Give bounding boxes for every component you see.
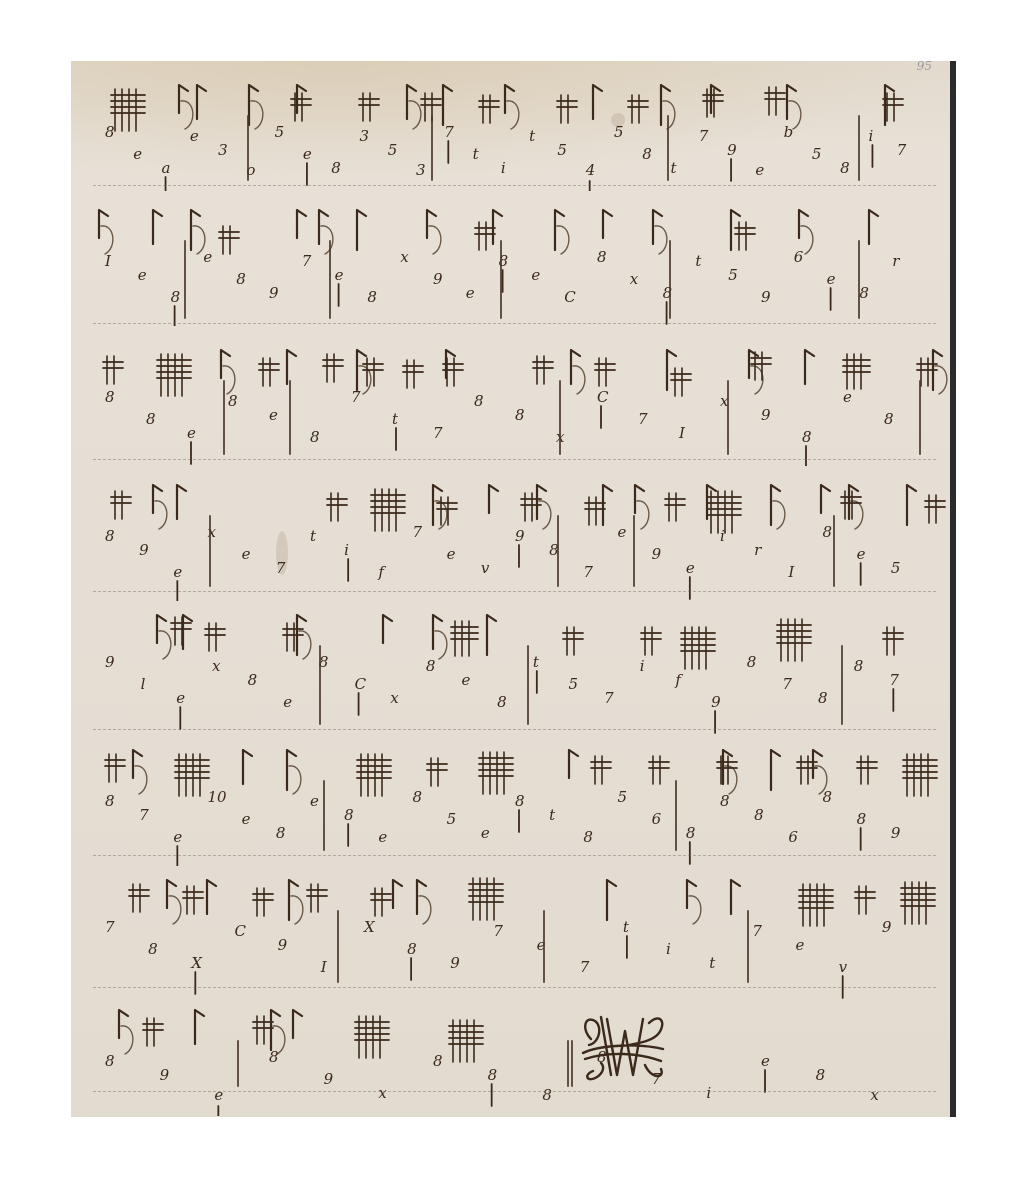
rhythm-flag-icon [153, 210, 162, 244]
tab-letter: 9 [160, 1066, 170, 1084]
tab-letter: x [400, 248, 409, 266]
tab-letter: e [796, 936, 805, 954]
tablature-system-8: 89e89x88887ie8x [71, 996, 950, 1116]
tab-letter: 9 [652, 545, 662, 563]
tab-letter: 3 [218, 141, 228, 159]
tab-letter: t [310, 527, 317, 545]
barline [247, 115, 249, 181]
tab-letter: 5 [388, 141, 398, 159]
tab-letter: t [695, 252, 702, 270]
tab-letter: 9 [891, 824, 901, 842]
tab-letter: t [671, 159, 678, 177]
tab-letter: e [190, 127, 199, 145]
tab-letter: I [104, 252, 112, 270]
rhythm-flag-icon [869, 210, 878, 244]
rhythm-flag-icon [489, 485, 498, 513]
tab-letter: t [473, 145, 480, 163]
tab-letter: 8 [754, 806, 764, 824]
tab-letter: 10 [208, 788, 228, 806]
barline [543, 910, 545, 983]
tab-letter: t [533, 653, 540, 671]
system-rule-line [93, 855, 936, 856]
tab-letter: 8 [426, 657, 436, 675]
tab-letter: 9 [761, 406, 771, 424]
tab-letter: e [531, 266, 540, 284]
rhythm-flag-icon [505, 85, 514, 113]
barline [319, 645, 321, 725]
rhythm-flag-icon [153, 485, 162, 513]
tablature-glyphs: 78XC9IX897e7tit7ev9 [71, 866, 950, 1001]
tab-letter: 5 [568, 675, 578, 693]
rhythm-flag-icon [687, 880, 696, 908]
tab-letter: 8 [228, 392, 238, 410]
rhythm-flag-icon [907, 485, 916, 525]
tablature-system-1: 8eae3o5e83537tit5458t79eb58i7 [71, 71, 950, 191]
rhythm-flag-icon [569, 750, 578, 778]
barline [323, 780, 325, 851]
tablature-system-3: 88e8e87t788xC7Ix98e8 [71, 336, 950, 466]
tab-letter: 8 [823, 788, 833, 806]
tab-letter: C [564, 288, 576, 306]
system-rule-line [93, 323, 936, 324]
tab-letter: i [666, 940, 671, 958]
system-rule-line [93, 987, 936, 988]
tab-letter: 6 [788, 828, 798, 846]
tab-letter: e [481, 824, 490, 842]
system-rule-line [93, 591, 936, 592]
rhythm-flag-icon [711, 85, 720, 113]
rhythm-flag-icon [731, 880, 740, 914]
tab-letter: t [392, 410, 399, 428]
tab-letter: i [706, 1084, 711, 1102]
tab-letter: e [462, 671, 471, 689]
tab-letter: t [529, 127, 536, 145]
tab-letter: e [173, 563, 182, 581]
tab-letter: e [269, 406, 278, 424]
barline [559, 380, 561, 455]
tab-letter: 5 [557, 141, 567, 159]
tab-letter: 5 [618, 788, 628, 806]
rhythm-flag-icon [271, 1010, 280, 1050]
rhythm-flag-icon [167, 880, 176, 908]
rhythm-flag-icon [771, 485, 780, 525]
barline [237, 1040, 239, 1087]
tab-letter: 8 [433, 1052, 443, 1070]
manuscript-page: 95 8eae3o5e83537tit5458t79eb58i7Ie8e897e… [71, 61, 950, 1117]
tab-letter: i [501, 159, 506, 177]
barline [329, 240, 331, 319]
rhythm-flag-icon [635, 485, 644, 513]
rhythm-flag-icon [191, 210, 200, 250]
tab-letter: 8 [542, 1086, 552, 1104]
rhythm-flag-icon [603, 210, 612, 238]
barline [567, 1040, 569, 1087]
tab-letter: b [784, 123, 794, 141]
tab-letter: 3 [359, 127, 369, 145]
tab-letter: 7 [889, 671, 899, 689]
tab-letter: 9 [324, 1070, 334, 1088]
tab-letter: e [335, 266, 344, 284]
barline [337, 910, 339, 983]
barline [833, 515, 835, 587]
tab-letter: 8 [367, 288, 377, 306]
tab-letter: 9 [515, 527, 525, 545]
rhythm-flag-icon [799, 210, 808, 238]
rhythm-flag-icon [195, 1010, 204, 1044]
rhythm-flag-icon [289, 880, 298, 920]
tab-letter: x [212, 657, 221, 675]
rhythm-flag-icon [821, 485, 830, 513]
tab-letter: 8 [269, 1048, 279, 1066]
tab-letter: 8 [802, 428, 812, 446]
tab-letter: 7 [493, 922, 503, 940]
tab-letter: 9 [761, 288, 771, 306]
rhythm-flag-icon [249, 85, 258, 125]
barline [557, 515, 559, 587]
tab-letter: e [466, 284, 475, 302]
tab-letter: 9 [105, 653, 115, 671]
rhythm-flag-icon [221, 350, 230, 378]
tab-letter: 8 [823, 523, 833, 541]
barline [919, 380, 921, 455]
tab-letter: e [187, 424, 196, 442]
barline [289, 380, 291, 455]
rhythm-flag-icon [287, 350, 296, 384]
tab-letter: 8 [105, 388, 115, 406]
tab-letter: e [203, 248, 212, 266]
tab-letter: e [310, 792, 319, 810]
tab-letter: 8 [884, 410, 894, 428]
tab-letter: l [141, 675, 146, 693]
tablature-glyphs: 89exe7tif7ev987e9eirI8e5 [71, 471, 950, 601]
page-binding-edge [950, 61, 956, 1117]
tab-letter: i [640, 657, 645, 675]
tab-letter: 7 [433, 424, 443, 442]
tab-letter: 7 [604, 689, 614, 707]
tab-letter: f [674, 671, 683, 689]
barline [858, 240, 860, 319]
tab-letter: i [720, 527, 725, 545]
rhythm-flag-icon [607, 880, 616, 920]
tab-letter: 8 [413, 788, 423, 806]
tablature-system-4: 89exe7tif7ev987e9eirI8e5 [71, 471, 950, 601]
tab-letter: e [242, 810, 251, 828]
tab-letter: v [839, 958, 848, 976]
tab-letter: 7 [276, 559, 286, 577]
tab-letter: e [283, 693, 292, 711]
tablature-system-5: 9lex8e8Cx8e8t57if987887 [71, 601, 950, 736]
barline [223, 380, 225, 455]
tab-letter: 4 [585, 161, 596, 179]
tab-letter: 7 [699, 127, 709, 145]
tab-letter: 8 [840, 159, 850, 177]
barline [527, 645, 529, 725]
tab-letter: 5 [614, 123, 624, 141]
tab-letter: C [234, 922, 246, 940]
rhythm-flag-icon [805, 350, 814, 384]
rhythm-flag-icon [555, 210, 564, 250]
tab-letter: e [242, 545, 251, 563]
barline [669, 240, 671, 319]
rhythm-flag-icon [197, 85, 206, 119]
tab-letter: I [678, 424, 686, 442]
barline [667, 115, 669, 181]
tab-letter: i [344, 541, 349, 559]
tab-letter: e [173, 828, 182, 846]
system-rule-line [93, 729, 936, 730]
tab-letter: 6 [794, 248, 804, 266]
tab-letter: 7 [583, 563, 593, 581]
rhythm-flag-icon [427, 210, 436, 238]
tab-letter: 8 [854, 657, 864, 675]
tab-letter: 8 [474, 392, 484, 410]
rhythm-flag-icon [603, 485, 612, 525]
barline [209, 515, 211, 587]
tab-letter: x [390, 689, 399, 707]
tab-letter: 8 [310, 428, 320, 446]
tab-letter: e [857, 545, 866, 563]
tablature-glyphs: 9lex8e8Cx8e8t57if987887 [71, 601, 950, 736]
tab-letter: 9 [711, 693, 721, 711]
rhythm-flag-icon [287, 750, 296, 790]
tablature-system-2: Ie8e897e8x9e8eC8x8t596e8r [71, 196, 950, 326]
tab-letter: 5 [728, 266, 738, 284]
tab-letter: 8 [859, 284, 869, 302]
tab-letter: 5 [812, 145, 822, 163]
tab-letter: e [378, 828, 387, 846]
rhythm-flag-icon [357, 210, 366, 250]
tab-letter: 8 [248, 671, 258, 689]
tab-letter: 8 [105, 1052, 115, 1070]
tablature-glyphs: 8eae3o5e83537tit5458t79eb58i7 [71, 71, 950, 191]
rhythm-flag-icon [493, 210, 502, 244]
tab-letter: e [176, 689, 185, 707]
tab-letter: e [761, 1052, 770, 1070]
barline [858, 115, 860, 181]
tab-letter: f [377, 563, 386, 581]
tablature-system-7: 78XC9IX897e7tit7ev9 [71, 866, 950, 1001]
barline [500, 240, 502, 319]
tab-letter: x [630, 270, 639, 288]
barline [571, 1040, 573, 1087]
tab-letter: X [190, 954, 203, 972]
system-rule-line [93, 185, 936, 186]
tab-letter: 8 [171, 288, 181, 306]
tab-letter: 9 [727, 141, 737, 159]
tab-letter: 7 [638, 410, 648, 428]
tab-letter: 8 [816, 1066, 826, 1084]
rhythm-flag-icon [99, 210, 108, 238]
tab-letter: C [597, 388, 609, 406]
tab-letter: 8 [597, 248, 607, 266]
tab-letter: 7 [752, 922, 762, 940]
tablature-glyphs: Ie8e897e8x9e8eC8x8t596e8r [71, 196, 950, 326]
tab-letter: I [320, 958, 328, 976]
tab-letter: 8 [331, 159, 341, 177]
rhythm-flag-icon [177, 485, 186, 519]
rhythm-flag-icon [157, 615, 166, 643]
tab-letter: 7 [444, 123, 454, 141]
rhythm-flag-icon [393, 880, 402, 908]
tablature-system-6: 87e10e8e8e85e8t8568886889 [71, 736, 950, 866]
tab-letter: 8 [583, 828, 593, 846]
tab-letter: 3 [416, 161, 426, 179]
tab-letter: 6 [652, 810, 662, 828]
tab-letter: 9 [278, 936, 288, 954]
tab-letter: 9 [450, 954, 460, 972]
barline [431, 115, 433, 181]
tab-letter: e [138, 266, 147, 284]
tab-letter: x [378, 1084, 387, 1102]
tab-letter: 5 [447, 810, 457, 828]
tab-letter: 8 [515, 406, 525, 424]
barline [184, 240, 186, 319]
tab-letter: e [133, 145, 142, 163]
tab-letter: X [363, 918, 376, 936]
rhythm-flag-icon [293, 1010, 302, 1038]
tab-letter: e [827, 270, 836, 288]
tab-letter: x [870, 1086, 879, 1104]
tab-letter: 7 [413, 523, 423, 541]
rhythm-flag-icon [133, 750, 142, 778]
tab-letter: e [686, 559, 695, 577]
tab-letter: 7 [580, 958, 590, 976]
tab-letter: 8 [148, 940, 158, 958]
tab-letter: 9 [269, 284, 279, 302]
tab-letter: 8 [497, 693, 507, 711]
tab-letter: r [754, 541, 762, 559]
tablature-glyphs: 89e89x88887ie8x [71, 996, 950, 1116]
tab-letter: e [843, 388, 852, 406]
tab-letter: t [709, 954, 716, 972]
rhythm-flag-icon [771, 750, 780, 790]
rhythm-flag-icon [487, 615, 496, 655]
barline [747, 910, 749, 983]
tab-letter: i [868, 127, 873, 145]
tab-letter: 8 [686, 824, 696, 842]
rhythm-flag-icon [119, 1010, 128, 1038]
tab-letter: 8 [720, 792, 730, 810]
tab-letter: I [787, 563, 795, 581]
tab-letter: 7 [897, 141, 907, 159]
rhythm-flag-icon [443, 85, 452, 125]
tab-letter: 9 [139, 541, 149, 559]
rhythm-flag-icon [593, 85, 602, 119]
tab-letter: 8 [105, 123, 115, 141]
tab-letter: 7 [302, 252, 312, 270]
ornamental-monogram-icon [579, 1009, 667, 1085]
tab-letter: 8 [515, 792, 525, 810]
barline [633, 515, 635, 587]
rhythm-flag-icon [243, 750, 252, 784]
rhythm-flag-icon [207, 880, 216, 914]
barline [841, 645, 843, 725]
tab-letter: 8 [747, 653, 757, 671]
tab-letter: v [481, 559, 490, 577]
tab-letter: e [447, 545, 456, 563]
rhythm-flag-icon [297, 210, 306, 238]
tab-letter: 9 [433, 270, 443, 288]
tab-letter: 8 [642, 145, 652, 163]
tab-letter: 8 [105, 792, 115, 810]
tab-letter: e [755, 161, 764, 179]
system-rule-line [93, 459, 936, 460]
tab-letter: 8 [105, 527, 115, 545]
tab-letter: e [618, 523, 627, 541]
tab-letter: C [355, 675, 367, 693]
tab-letter: 7 [351, 388, 361, 406]
barline [727, 380, 729, 455]
tab-letter: 8 [344, 806, 354, 824]
tab-letter: r [892, 252, 900, 270]
tab-letter: 5 [275, 123, 285, 141]
tab-letter: 8 [857, 810, 867, 828]
tab-letter: 5 [891, 559, 901, 577]
tab-letter: t [549, 806, 556, 824]
rhythm-flag-icon [383, 615, 392, 643]
tab-letter: 7 [139, 806, 149, 824]
tab-letter: e [214, 1086, 223, 1104]
rhythm-flag-icon [183, 615, 192, 649]
rhythm-flag-icon [179, 85, 188, 113]
tablature-glyphs: 87e10e8e8e85e8t8568886889 [71, 736, 950, 866]
tab-letter: e [303, 145, 312, 163]
tab-letter: 8 [818, 689, 828, 707]
system-rule-line [93, 1091, 936, 1092]
tab-letter: 9 [882, 918, 892, 936]
barline [675, 780, 677, 851]
tab-letter: 8 [146, 410, 156, 428]
tab-letter: 8 [407, 940, 417, 958]
tab-letter: a [162, 159, 171, 177]
tab-letter: t [623, 918, 630, 936]
rhythm-flag-icon [813, 750, 822, 778]
tab-letter: 8 [488, 1066, 498, 1084]
tab-letter: 7 [105, 918, 115, 936]
tab-letter: 8 [236, 270, 246, 288]
tablature-glyphs: 88e8e87t788xC7Ix98e8 [71, 336, 950, 466]
tab-letter: 8 [276, 824, 286, 842]
tab-letter: 7 [782, 675, 792, 693]
